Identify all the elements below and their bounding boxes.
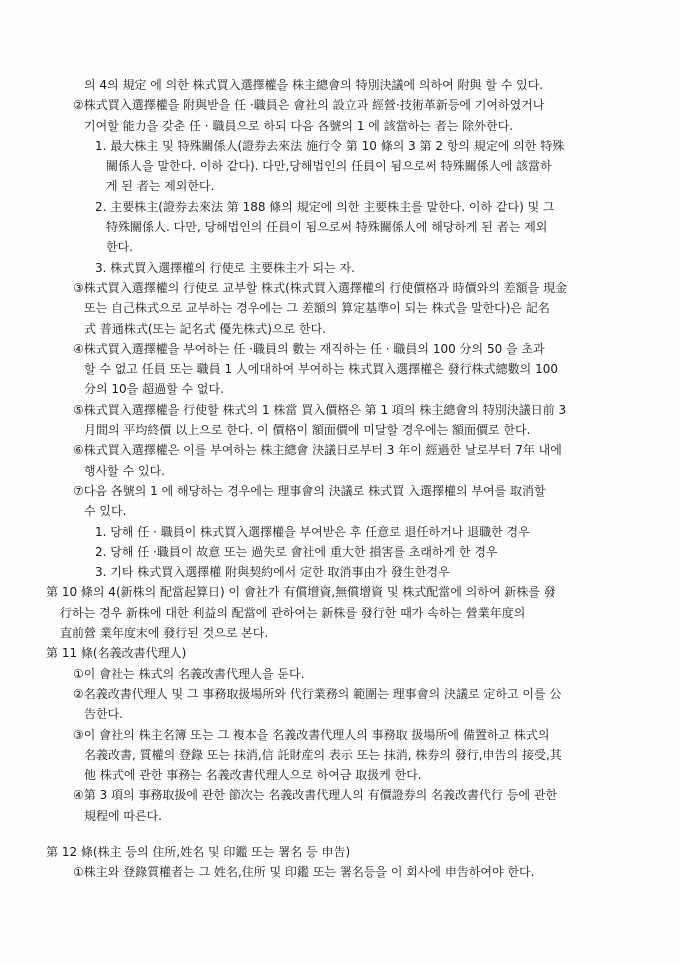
- document-line: 名義改書, 質權의 登錄 또는 抹消,信 託財産의 表示 또는 抹消, 株券의 …: [46, 745, 636, 765]
- document-line: 행사할 수 있다.: [46, 461, 636, 481]
- document-line: ②株式買入選擇權을 附與받을 任 ·職員은 會社의 設立과 經營·技術革新등에 …: [46, 95, 636, 115]
- document-line: 2. 당해 任 ·職員이 故意 또는 過失로 會社에 重大한 損害를 초래하게 …: [46, 542, 636, 562]
- document-line: ④株式買入選擇權을 부여하는 任 ·職員의 數는 재직하는 任 · 職員의 10…: [46, 339, 636, 359]
- document-line: 直前營 業年度末에 發行된 것으로 본다.: [46, 623, 636, 643]
- document-line: 第 12 條(株主 등의 住所,姓名 및 印鑑 또는 署名 등 申告): [46, 842, 636, 862]
- document-line: 1. 당해 任 · 職員이 株式買入選擇權을 부여받은 후 任意로 退任하거나 …: [46, 522, 636, 542]
- document-line: 한다.: [46, 237, 636, 257]
- document-line: 3. 株式買入選擇權의 行使로 主要株主가 되는 자.: [46, 258, 636, 278]
- document-line: ⑤株式買入選擇權을 行使할 株式의 1 株當 買入價格은 第 1 項의 株主總會…: [46, 400, 636, 420]
- document-line: ③株式買入選擇權의 行使로 교부할 株式(株式買入選擇權의 行使價格과 時價와의…: [46, 278, 636, 298]
- document-line: 의 4의 規定 에 의한 株式買入選擇權을 株主總會의 特別決議에 의하여 附與…: [46, 75, 636, 95]
- document-line: 수 있다.: [46, 501, 636, 521]
- document-line: 告한다.: [46, 704, 636, 724]
- legal-document-page: 의 4의 規定 에 의한 株式買入選擇權을 株主總會의 特別決議에 의하여 附與…: [0, 0, 680, 962]
- document-line: 第 10 條의 4(新株의 配當起算日) 이 會社가 有償增資,無償增資 및 株…: [46, 582, 636, 602]
- document-line: 3. 기타 株式買入選擇權 附與契約에서 定한 取消事由가 發生한경우: [46, 562, 636, 582]
- document-line: 할 수 없고 任員 또는 職員 1 人에대하여 부여하는 株式買入選擇權은 發行…: [46, 359, 636, 379]
- document-line: ①株主와 登錄質權者는 그 姓名,住所 및 印鑑 또는 署名등을 이 회사에 申…: [46, 862, 636, 882]
- document-line: 1. 最大株主 및 特殊關係人(證券去來法 施行令 第 10 條의 3 第 2 …: [46, 136, 636, 156]
- document-line: 게 된 者는 제외한다.: [46, 176, 636, 196]
- document-line: 分의 10을 超過할 수 없다.: [46, 379, 636, 399]
- document-line: 기여할 能力을 갖춘 任 · 職員으로 하되 다음 各號의 1 에 該當하는 者…: [46, 116, 636, 136]
- document-line: 規程에 따른다.: [46, 806, 636, 826]
- document-line: ③이 會社의 株主名簿 또는 그 複本을 名義改書代理人의 事務取 扱場所에 備…: [46, 725, 636, 745]
- document-line: 또는 自己株式으로 교부하는 경우에는 그 差額의 算定基準이 되는 株式을 말…: [46, 298, 636, 318]
- document-line: 他 株式에 관한 事務는 名義改書代理人으로 하여금 取扱케 한다.: [46, 765, 636, 785]
- document-line: ⑦다음 各號의 1 에 해당하는 경우에는 理事會의 決議로 株式買 入選擇權의…: [46, 481, 636, 501]
- document-line: 關係人을 말한다. 이하 같다). 다만,당해법인의 任員이 됨으로써 特殊關係…: [46, 156, 636, 176]
- document-line: 月間의 平均終價 以上으로 한다. 이 價格이 額面價에 미달할 경우에는 額面…: [46, 420, 636, 440]
- document-line: 行하는 경우 新株에 대한 利益의 配當에 관하여는 新株를 發行한 때가 속하…: [46, 603, 636, 623]
- document-line: 第 11 條(名義改書代理人): [46, 643, 636, 663]
- document-line: 特殊關係人. 다만, 당해법인의 任員이 됨으로써 特殊關係人에 해당하게 된 …: [46, 217, 636, 237]
- document-text: 의 4의 規定 에 의한 株式買入選擇權을 株主總會의 特別決議에 의하여 附與…: [46, 75, 636, 883]
- document-line: ①이 會社는 株式의 名義改書代理人을 둔다.: [46, 664, 636, 684]
- document-line: 式 普通株式(또는 記名式 優先株式)으로 한다.: [46, 319, 636, 339]
- document-line: ⑥株式買入選擇權은 이를 부여하는 株主總會 決議日로부터 3 年이 經過한 날…: [46, 440, 636, 460]
- document-line: ④第 3 項의 事務取扱에 관한 節次는 名義改書代理人의 有價證券의 名義改書…: [46, 785, 636, 805]
- document-line: 2. 主要株主(證券去來法 第 188 條의 規定에 의한 主要株主를 말한다.…: [46, 197, 636, 217]
- document-line: ②名義改書代理人 및 그 事務取扱場所와 代行業務의 範圍는 理事會의 決議로 …: [46, 684, 636, 704]
